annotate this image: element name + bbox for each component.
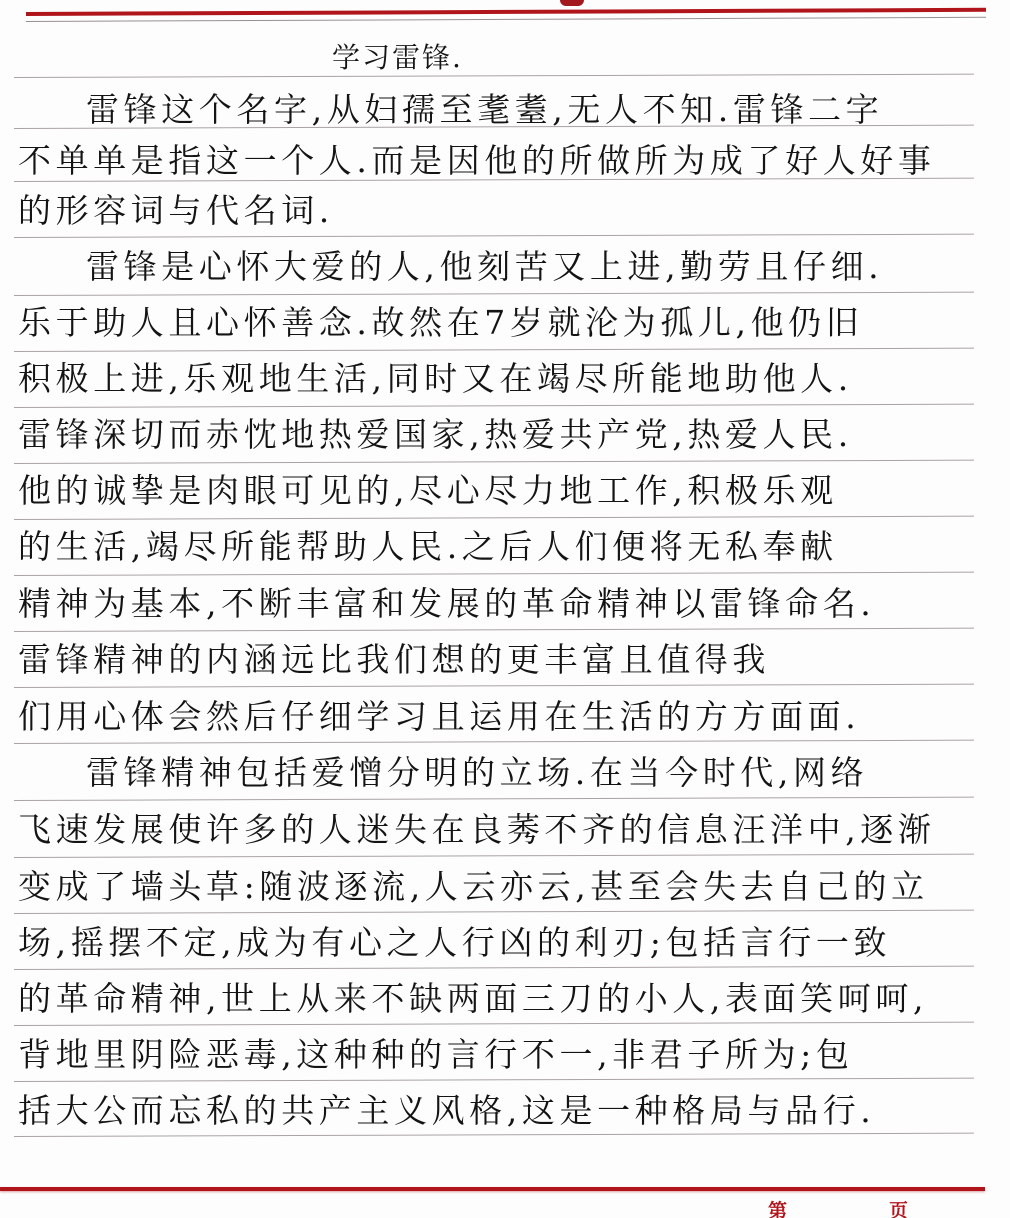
text-line: 括大公而忘私的共产主义风格,这是一种格局与品行. (18, 1086, 978, 1136)
footer-red-rule (0, 1187, 985, 1191)
text-line: 乐于助人且心怀善念.故然在7岁就沦为孤儿,他仍旧 (18, 298, 978, 348)
text-line: 变成了墙头草:随波逐流,人云亦云,甚至会失去自己的立 (18, 862, 978, 912)
page-number-footer: 第 页 (768, 1196, 908, 1218)
text-line: 的生活,竭尽所能帮助人民.之后人们便将无私奉献 (18, 522, 978, 572)
text-line: 场,摇摆不定,成为有心之人行凶的利刃;包括言行一致 (18, 918, 978, 968)
ruled-line (14, 74, 974, 78)
text-line: 的形容词与代名词. (18, 186, 978, 236)
text-line: 精神为基本,不断丰富和发展的革命精神以雷锋命名. (18, 579, 978, 629)
essay-title: 学习雷锋. (332, 38, 463, 78)
footer-ye-label: 页 (889, 1196, 908, 1218)
ruled-line (14, 404, 974, 408)
ruled-line (14, 516, 974, 520)
text-line: 雷锋是心怀大爱的人,他刻苦又上进,勤劳且仔细. (86, 242, 1010, 292)
ruled-line (14, 348, 974, 352)
text-line: 飞速发展使许多的人迷失在良莠不齐的信息汪洋中,逐渐 (18, 805, 978, 855)
text-line: 雷锋这个名字,从妇孺至耄耋,无人不知.雷锋二字 (86, 85, 1010, 135)
header-red-rule (26, 8, 986, 16)
text-line: 背地里阴险恶毒,这种种的言行不一,非君子所为;包 (18, 1030, 978, 1080)
ruled-line (14, 292, 974, 296)
ruled-line (14, 572, 974, 576)
header-mark (560, 0, 584, 6)
text-line: 不单单是指这一个人.而是因他的所做所为成了好人好事 (18, 136, 978, 186)
text-line: 雷锋精神的内涵远比我们想的更丰富且值得我 (18, 635, 978, 685)
text-line: 雷锋精神包括爱憎分明的立场.在当今时代,网络 (86, 748, 1010, 798)
text-line: 的革命精神,世上从来不缺两面三刀的小人,表面笑呵呵, (18, 974, 978, 1024)
header-gray-rule (26, 17, 986, 22)
text-line: 雷锋深切而赤忱地热爱国家,热爱共产党,热爱人民. (18, 410, 978, 460)
text-line: 积极上进,乐观地生活,同时又在竭尽所能地助他人. (18, 354, 978, 404)
ruled-line (14, 460, 974, 464)
footer-di-label: 第 (768, 1196, 787, 1218)
text-line: 他的诚挚是肉眼可见的,尽心尽力地工作,积极乐观 (18, 466, 978, 516)
notebook-page: 学习雷锋. 雷锋这个名字,从妇孺至耄耋,无人不知.雷锋二字 不单单是指这一个人.… (0, 0, 1010, 1218)
text-line: 们用心体会然后仔细学习且运用在生活的方方面面. (18, 692, 978, 742)
